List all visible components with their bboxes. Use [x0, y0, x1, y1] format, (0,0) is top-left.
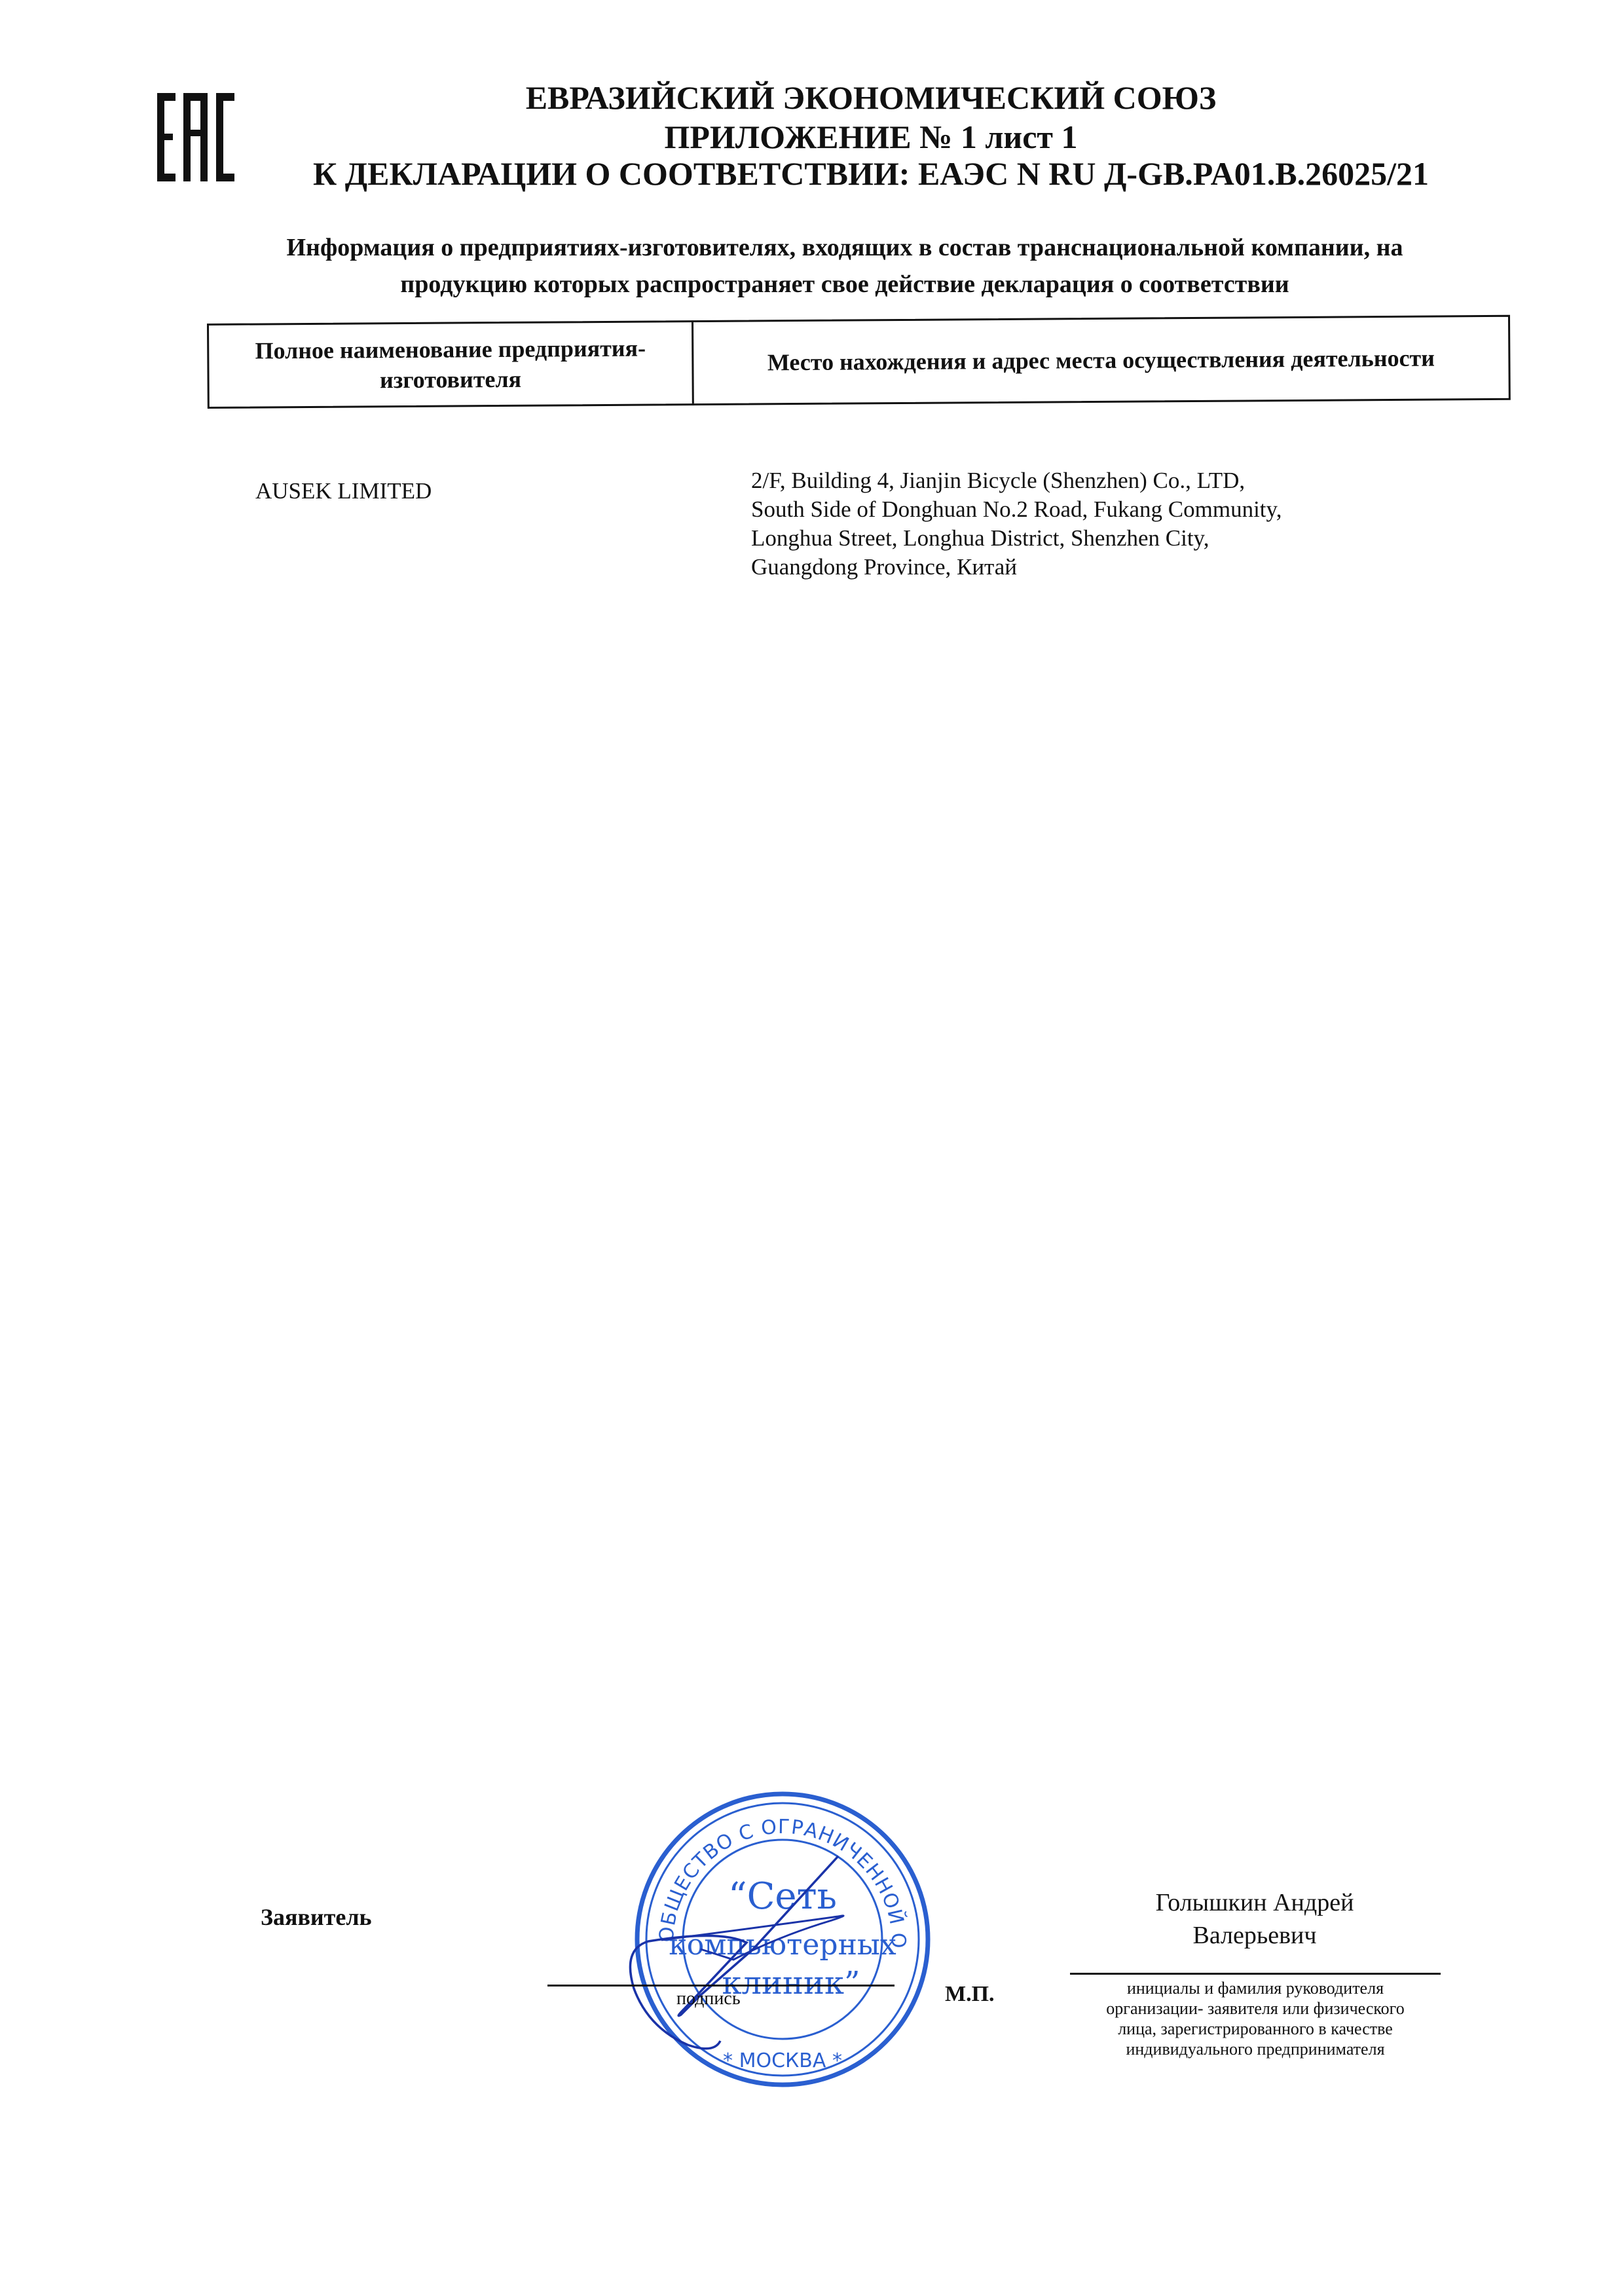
address-line: Guangdong Province, Китай [751, 553, 1282, 582]
address-line: South Side of Donghuan No.2 Road, Fukang… [751, 495, 1282, 524]
signature-caption: подпись [676, 1988, 741, 2009]
header-union-title: ЕВРАЗИЙСКИЙ ЭКОНОМИЧЕСКИЙ СОЮЗ [0, 79, 1624, 117]
manufacturers-table-header: Полное наименование предприятия- изготов… [207, 315, 1511, 409]
company-address: 2/F, Building 4, Jianjin Bicycle (Shenzh… [751, 466, 1282, 582]
name-caption-line: инициалы и фамилия руководителя [1070, 1978, 1441, 1998]
header-appendix-title: ПРИЛОЖЕНИЕ № 1 лист 1 [0, 118, 1624, 156]
column-header-company-name-line2: изготовителя [255, 364, 646, 396]
name-caption-line: индивидуального предпринимателя [1070, 2039, 1441, 2059]
svg-text:компьютерных: компьютерных [669, 1928, 896, 1962]
address-line: 2/F, Building 4, Jianjin Bicycle (Shenzh… [751, 466, 1282, 495]
svg-text:клиник”: клиник” [722, 1965, 860, 2002]
signatory-name-line1: Голышкин Андрей [1071, 1886, 1438, 1919]
name-caption-line: лица, зарегистрированного в качестве [1070, 2019, 1441, 2039]
company-seal-stamp-icon: ОБЩЕСТВО С ОГРАНИЧЕННОЙ ОТВЕТСТВЕННОСТЬЮ… [622, 1779, 943, 2093]
column-header-address-label: Место нахождения и адрес места осуществл… [767, 343, 1435, 378]
header-declaration-number: К ДЕКЛАРАЦИИ О СООТВЕТСТВИИ: ЕАЭС N RU Д… [0, 155, 1624, 193]
column-header-company-name: Полное наименование предприятия- изготов… [209, 322, 694, 407]
name-caption: инициалы и фамилия руководителя организа… [1070, 1978, 1441, 2059]
intro-line-2: продукцию которых распространяет свое де… [196, 266, 1493, 303]
signatory-name-line2: Валерьевич [1071, 1919, 1438, 1952]
name-caption-line: организации- заявителя или физического [1070, 1998, 1441, 2019]
column-header-address: Место нахождения и адрес места осуществл… [693, 317, 1509, 403]
intro-line-1: Информация о предприятиях-изготовителях,… [196, 229, 1493, 266]
address-line: Longhua Street, Longhua District, Shenzh… [751, 524, 1282, 553]
company-name: AUSEK LIMITED [255, 478, 432, 504]
signatory-name: Голышкин Андрей Валерьевич [1071, 1886, 1438, 1952]
column-header-company-name-line1: Полное наименование предприятия- [255, 333, 646, 366]
svg-text:“Сеть: “Сеть [728, 1875, 837, 1918]
applicant-label: Заявитель [261, 1903, 372, 1931]
seal-place-label: М.П. [945, 1982, 995, 2007]
svg-text:* МОСКВА *: * МОСКВА * [723, 2049, 842, 2072]
name-line [1070, 1973, 1441, 1975]
intro-text: Информация о предприятиях-изготовителях,… [196, 229, 1493, 303]
signature-line [547, 1985, 895, 1987]
